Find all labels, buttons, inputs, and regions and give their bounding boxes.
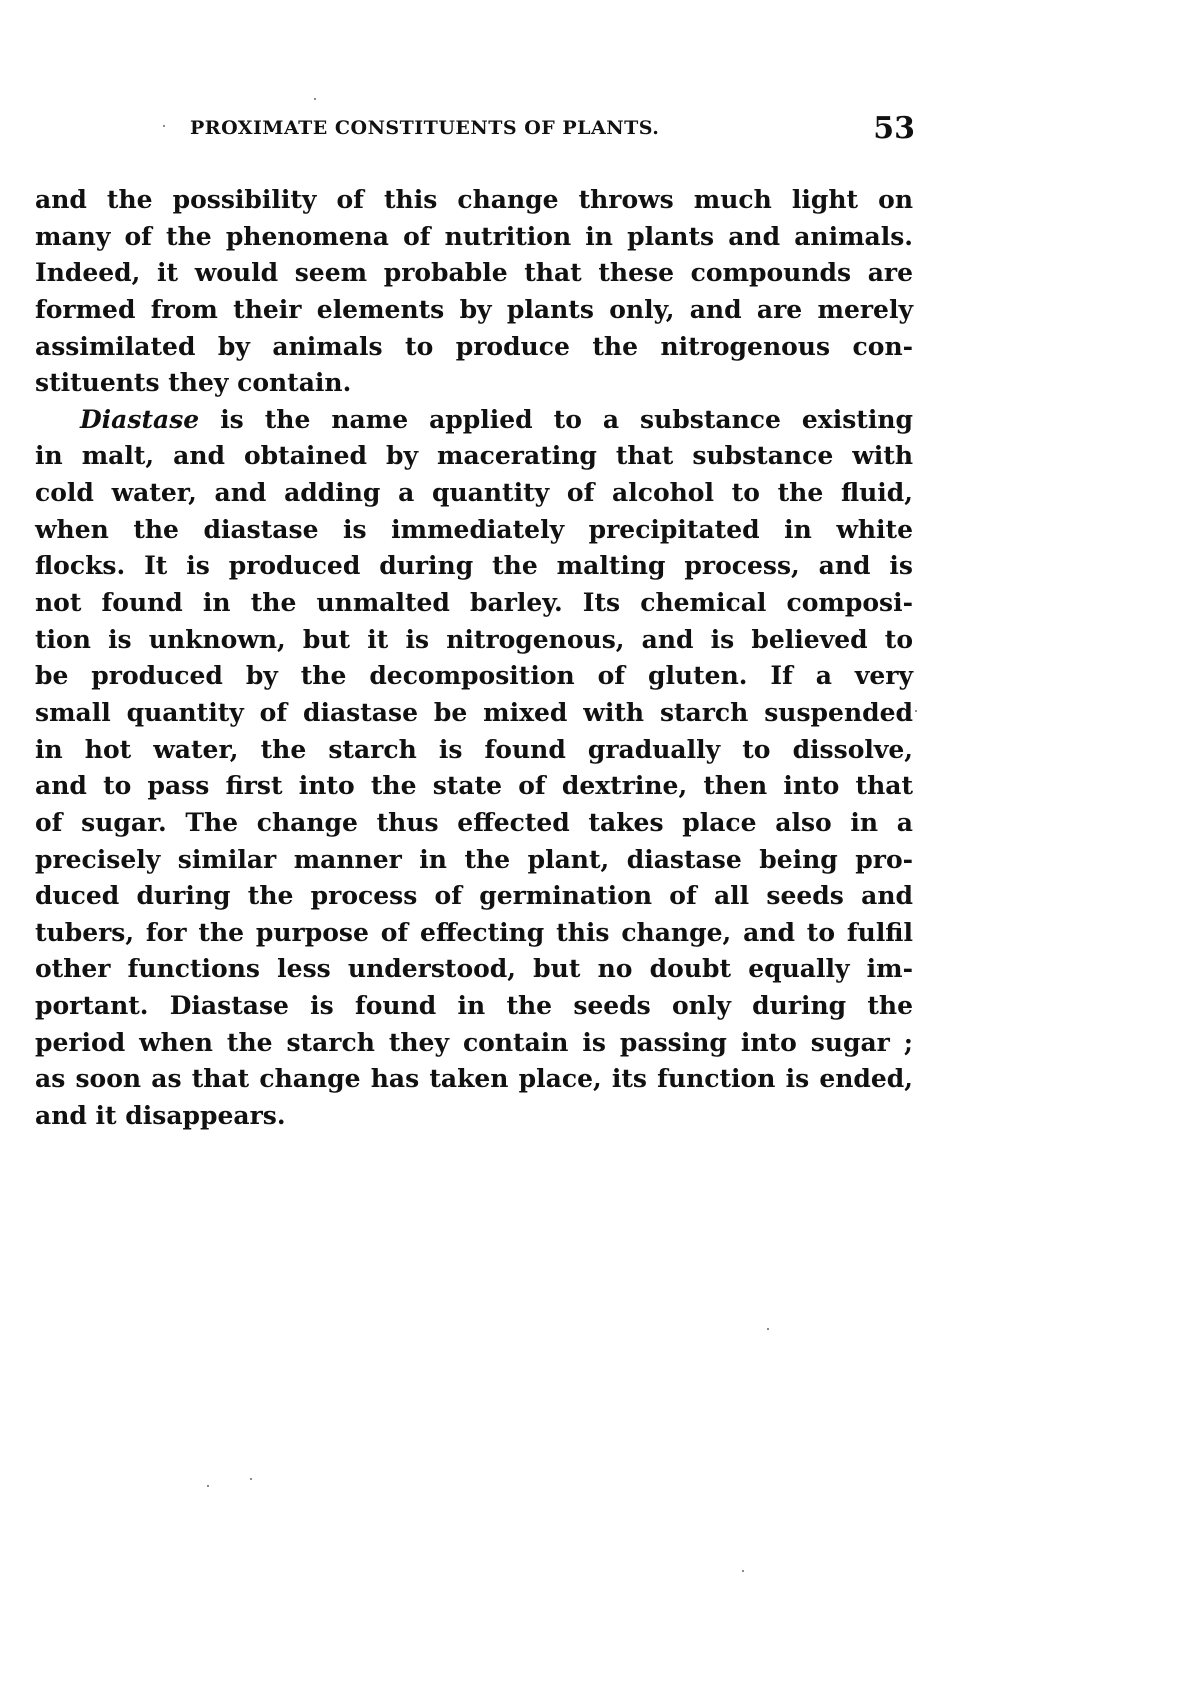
text-line: precisely similar manner in the plant, d… <box>35 842 913 879</box>
scan-speck <box>742 1570 744 1572</box>
scan-speck <box>915 710 917 712</box>
scan-speck <box>314 98 316 100</box>
text-line: not found in the unmalted barley. Its ch… <box>35 585 913 622</box>
scan-speck <box>207 1485 209 1487</box>
italic-term: Diastase <box>80 405 199 434</box>
text-line: tion is unknown, but it is nitrogenous, … <box>35 622 913 659</box>
text-line: in hot water, the starch is found gradua… <box>35 732 913 769</box>
scan-speck <box>163 125 165 127</box>
page-header: PROXIMATE CONSTITUENTS OF PLANTS. 53 <box>190 117 915 147</box>
text-line: as soon as that change has taken place, … <box>35 1061 913 1098</box>
text-line: cold water, and adding a quantity of alc… <box>35 475 913 512</box>
text-line: tubers, for the purpose of effecting thi… <box>35 915 913 952</box>
text-line: Indeed, it would seem probable that thes… <box>35 255 913 292</box>
text-line: flocks. It is produced during the maltin… <box>35 548 913 585</box>
text-line: period when the starch they contain is p… <box>35 1025 913 1062</box>
running-title: PROXIMATE CONSTITUENTS OF PLANTS. <box>190 117 659 139</box>
paragraph-start-line: Diastase is the name applied to a substa… <box>35 402 913 439</box>
text-line: when the diastase is immediately precipi… <box>35 512 913 549</box>
scan-speck <box>767 1328 769 1330</box>
text-line: of sugar. The change thus effected takes… <box>35 805 913 842</box>
text-line: portant. Diastase is found in the seeds … <box>35 988 913 1025</box>
text-line: duced during the process of germination … <box>35 878 913 915</box>
page-number: 53 <box>873 111 915 146</box>
text-line: many of the phenomena of nutrition in pl… <box>35 219 913 256</box>
text-line: be produced by the decomposition of glut… <box>35 658 913 695</box>
book-page: PROXIMATE CONSTITUENTS OF PLANTS. 53 and… <box>0 0 1200 1688</box>
body-text: and the possibility of this change throw… <box>35 182 913 1135</box>
text-line: and the possibility of this change throw… <box>35 182 913 219</box>
text-line: and it disappears. <box>35 1098 913 1135</box>
scan-speck <box>250 1478 252 1480</box>
text-line: formed from their elements by plants onl… <box>35 292 913 329</box>
text-line: other functions less understood, but no … <box>35 951 913 988</box>
text-line: assimilated by animals to produce the ni… <box>35 329 913 366</box>
text-line: stituents they contain. <box>35 365 913 402</box>
text-line: and to pass first into the state of dext… <box>35 768 913 805</box>
text-line: in malt, and obtained by macerating that… <box>35 438 913 475</box>
text-line: small quantity of diastase be mixed with… <box>35 695 913 732</box>
text-line-rest: is the name applied to a substance exist… <box>220 405 913 434</box>
